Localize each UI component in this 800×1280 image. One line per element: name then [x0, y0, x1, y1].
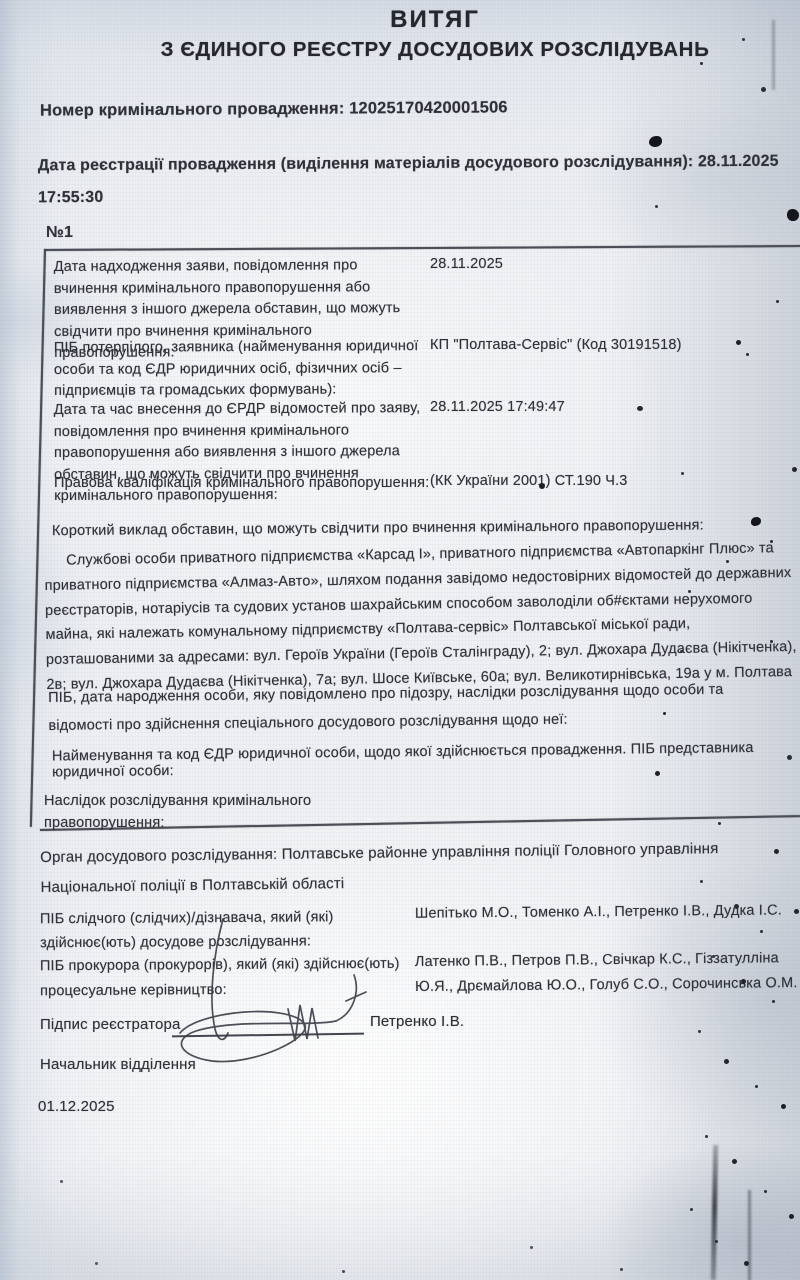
record-number: №1 [46, 224, 73, 242]
outcome-section-label: Наслідок розслідування кримінального пра… [44, 790, 344, 834]
ink-blot [539, 483, 545, 489]
row-victim-label: ПІБ потерпілого, заявника (найменування … [54, 336, 426, 402]
suspect-section-label: ПІБ, дата народження особи, яку повідомл… [48, 675, 785, 740]
scan-streak [711, 1145, 718, 1280]
ink-blot [649, 136, 662, 147]
row-legal-qualification-value: (КК України 2001) СТ.190 Ч.3 [430, 473, 628, 489]
investigators-names: Шепітько М.О., Томенко А.І., Петренко І.… [415, 902, 800, 921]
document-date: 01.12.2025 [38, 1098, 115, 1115]
legal-entity-section-label: Найменування та код ЄДР юридичної особи,… [52, 739, 792, 780]
row-intake-date-value: 28.11.2025 [430, 256, 503, 272]
row-legal-qualification-label: Правова кваліфікація кримінального право… [54, 473, 474, 495]
investigation-authority-line: Орган досудового розслідування: Полтавсь… [40, 833, 797, 903]
row-erdr-entry-value: 28.11.2025 17:49:47 [430, 399, 565, 415]
ink-speckles [0, 0, 3, 3]
scanned-document-page: ВИТЯГ З ЄДИНОГО РЕЄСТРУ ДОСУДОВИХ РОЗСЛІ… [0, 0, 800, 1280]
document-subtitle: З ЄДИНОГО РЕЄСТРУ ДОСУДОВИХ РОЗСЛІДУВАНЬ [70, 38, 800, 62]
summary-heading: Короткий виклад обставин, що можуть свід… [52, 517, 772, 539]
document-title: ВИТЯГ [70, 6, 800, 34]
row-victim-value: КП "Полтава-Сервіс" (Код 30191518) [430, 337, 682, 353]
handwritten-signature [168, 915, 373, 1083]
table-border-top [44, 245, 800, 251]
scan-streak [772, 20, 775, 90]
registrar-name: Петренко І.В. [370, 1013, 464, 1030]
summary-body: Службові особи приватного підприємства «… [44, 536, 798, 698]
case-number-line: Номер кримінального провадження: 1202517… [40, 98, 508, 120]
table-border-left [30, 249, 46, 827]
official-title: Начальник відділення [40, 1056, 196, 1073]
prosecutors-names: Латенко П.В., Петров П.В., Свічкар К.С.,… [415, 946, 800, 1000]
registration-date-line: Дата реєстрації провадження (виділення м… [38, 146, 780, 215]
signature-label: Підпис реєстратора [40, 1016, 181, 1033]
ink-blot [637, 406, 643, 411]
scan-streak [748, 1190, 751, 1280]
ink-blot [787, 209, 799, 221]
